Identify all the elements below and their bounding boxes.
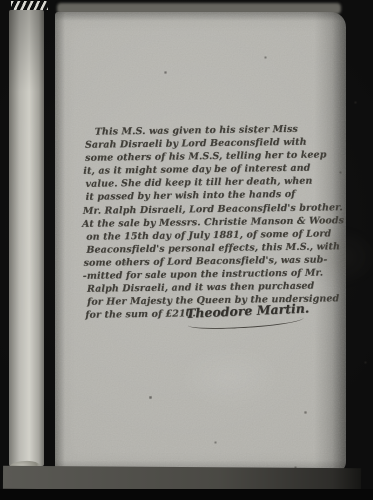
- manuscript-text-block: This M.S. was given to his sister MissSa…: [85, 122, 342, 322]
- photo-bottom-margin: [0, 489, 373, 500]
- book-fore-edge-strip: [9, 10, 44, 466]
- page-highlight: [175, 342, 285, 412]
- dust-specks: [55, 12, 56, 13]
- photograph-of-manuscript-page: This M.S. was given to his sister MissSa…: [0, 0, 373, 500]
- binding-hatch-marks: [11, 1, 48, 10]
- desk-surface: [3, 466, 361, 491]
